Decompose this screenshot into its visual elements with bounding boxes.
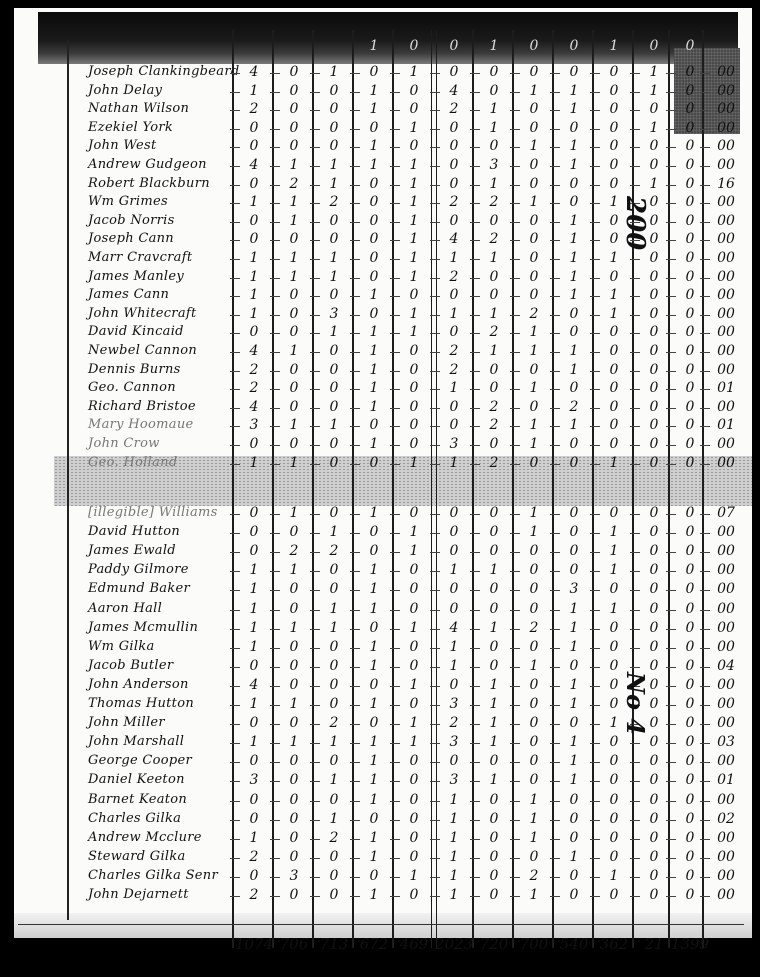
leader-dash (430, 590, 440, 591)
leader-dash (350, 629, 360, 630)
count-cell: 0 (436, 675, 472, 695)
count-cell: 0 (476, 656, 512, 676)
leader-dash (666, 371, 676, 372)
count-cell: 1 (476, 560, 512, 580)
leader-dash (630, 408, 640, 409)
count-cell: 0 (476, 378, 512, 398)
count-cell: 1 (276, 560, 312, 580)
leader-dash (390, 896, 400, 897)
count-cell: 0 (436, 62, 472, 82)
count-cell: 0 (396, 378, 432, 398)
count-cell: 1 (436, 248, 472, 268)
count-cell: 2 (436, 360, 472, 380)
leader-dash (310, 315, 320, 316)
person-name: Edmund Baker (88, 579, 248, 599)
leader-dash (350, 896, 360, 897)
count-cell: 2 (516, 866, 552, 886)
count-cell: 0 (476, 579, 512, 599)
count-cell: 0 (276, 434, 312, 454)
leader-dash (310, 667, 320, 668)
count-cell: 00 (706, 62, 746, 82)
count-cell: 0 (396, 415, 432, 435)
leader-dash (390, 552, 400, 553)
count-cell: 00 (706, 694, 746, 714)
count-cell: 2 (316, 828, 352, 848)
count-cell: 00 (706, 751, 746, 771)
leader-dash (590, 610, 600, 611)
count-cell: 0 (516, 285, 552, 305)
leader-dash (590, 426, 600, 427)
count-cell: 0 (476, 285, 512, 305)
leader-dash (510, 147, 520, 148)
leader-dash (390, 315, 400, 316)
leader-dash (630, 743, 640, 744)
count-cell: 0 (596, 503, 632, 523)
leader-dash (470, 571, 480, 572)
leader-dash (550, 820, 560, 821)
count-cell: 3 (276, 866, 312, 886)
leader-dash (666, 166, 676, 167)
count-cell: 0 (436, 415, 472, 435)
count-cell: 0 (672, 397, 708, 417)
count-cell: 1 (596, 866, 632, 886)
leader-dash (666, 73, 676, 74)
leader-dash (590, 315, 600, 316)
leader-dash (390, 839, 400, 840)
leader-dash (390, 240, 400, 241)
count-cell: 2 (476, 192, 512, 212)
count-cell: 00 (706, 522, 746, 542)
count-cell: 1 (316, 174, 352, 194)
count-cell: 2 (476, 415, 512, 435)
count-cell: 0 (636, 751, 672, 771)
count-cell: 1 (396, 118, 432, 138)
count-cell: 0 (276, 847, 312, 867)
count-cell: 0 (672, 174, 708, 194)
count-cell: 1 (316, 770, 352, 790)
ledger-row: James Mcmullin11101412100000 (0, 618, 760, 638)
leader-dash (470, 667, 480, 668)
ledger-row: John Crow00010301000000 (0, 434, 760, 454)
count-cell: 1 (276, 248, 312, 268)
count-cell: 0 (516, 541, 552, 561)
count-cell: 0 (556, 656, 592, 676)
count-cell: 0 (316, 360, 352, 380)
column-total: 706 (274, 935, 314, 953)
count-cell: 0 (316, 675, 352, 695)
count-cell: 1 (516, 885, 552, 905)
leader-dash (430, 278, 440, 279)
leader-dash (390, 203, 400, 204)
leader-dash (230, 352, 240, 353)
count-cell: 1 (596, 36, 632, 56)
leader-dash (310, 686, 320, 687)
leader-dash (390, 801, 400, 802)
leader-dash (630, 648, 640, 649)
count-cell: 01 (706, 378, 746, 398)
count-cell: 0 (556, 866, 592, 886)
leader-dash (310, 278, 320, 279)
count-cell: 0 (672, 118, 708, 138)
person-name: Daniel Keeton (88, 770, 248, 790)
leader-dash (510, 552, 520, 553)
leader-dash (430, 571, 440, 572)
leader-dash (270, 371, 280, 372)
count-cell: 0 (672, 790, 708, 810)
count-cell: 0 (476, 434, 512, 454)
leader-dash (310, 743, 320, 744)
leader-dash (510, 240, 520, 241)
count-cell: 1 (396, 155, 432, 175)
leader-dash (390, 259, 400, 260)
count-cell: 0 (672, 453, 708, 473)
leader-dash (470, 896, 480, 897)
leader-dash (550, 92, 560, 93)
leader-dash (630, 147, 640, 148)
count-cell: 0 (396, 434, 432, 454)
leader-dash (630, 552, 640, 553)
leader-dash (310, 73, 320, 74)
leader-dash (350, 110, 360, 111)
leader-dash (350, 552, 360, 553)
count-cell: 1 (316, 322, 352, 342)
leader-dash (700, 240, 710, 241)
leader-dash (230, 896, 240, 897)
count-cell: 0 (276, 304, 312, 324)
count-cell: 1 (596, 522, 632, 542)
ledger-row: Geo. Cannon20010101000001 (0, 378, 760, 398)
leader-dash (510, 185, 520, 186)
leader-dash (510, 743, 520, 744)
count-cell: 1 (356, 656, 392, 676)
count-cell: 0 (516, 694, 552, 714)
person-name: Jacob Butler (88, 656, 248, 676)
count-cell: 0 (356, 248, 392, 268)
leader-dash (430, 858, 440, 859)
count-cell: 3 (436, 732, 472, 752)
leader-dash (590, 278, 600, 279)
count-cell: 07 (706, 503, 746, 523)
leader-dash (550, 743, 560, 744)
count-cell: 0 (356, 809, 392, 829)
leader-dash (666, 877, 676, 878)
count-cell: 3 (436, 434, 472, 454)
leader-dash (550, 222, 560, 223)
count-cell: 00 (706, 434, 746, 454)
person-name: John West (88, 136, 248, 156)
count-cell: 0 (356, 229, 392, 249)
ledger-row: John Whitecraft10301112010000 (0, 304, 760, 324)
count-cell: 1 (276, 192, 312, 212)
count-cell: 1 (396, 453, 432, 473)
leader-dash (666, 110, 676, 111)
person-name: Thomas Hutton (88, 694, 248, 714)
leader-dash (270, 408, 280, 409)
leader-dash (590, 552, 600, 553)
count-cell: 3 (236, 770, 272, 790)
count-cell: 0 (316, 790, 352, 810)
leader-dash (310, 110, 320, 111)
count-cell: 00 (706, 618, 746, 638)
leader-dash (550, 464, 560, 465)
leader-dash (630, 514, 640, 515)
leader-dash (390, 464, 400, 465)
count-cell: 0 (636, 599, 672, 619)
count-cell: 0 (636, 809, 672, 829)
leader-dash (700, 296, 710, 297)
leader-dash (666, 445, 676, 446)
count-cell: 0 (316, 885, 352, 905)
page-number-note: 200 (620, 196, 650, 250)
count-cell: 00 (706, 560, 746, 580)
person-name: John Dejarnett (88, 885, 248, 905)
count-cell: 0 (276, 599, 312, 619)
count-cell: 0 (516, 99, 552, 119)
column-total: 1399 (670, 935, 710, 953)
leader-dash (310, 129, 320, 130)
count-cell: 00 (706, 229, 746, 249)
count-cell: 0 (672, 732, 708, 752)
count-cell: 00 (706, 453, 746, 473)
leader-dash (630, 166, 640, 167)
count-cell: 1 (596, 541, 632, 561)
leader-dash (666, 92, 676, 93)
count-cell: 4 (236, 155, 272, 175)
leader-dash (630, 858, 640, 859)
person-name: Steward Gilka (88, 847, 248, 867)
count-cell: 1 (436, 560, 472, 580)
count-cell: 2 (436, 341, 472, 361)
leader-dash (510, 858, 520, 859)
ledger-row: Mary Hoomaue31100021100001 (0, 415, 760, 435)
count-cell: 0 (356, 192, 392, 212)
leader-dash (590, 92, 600, 93)
count-cell: 2 (276, 174, 312, 194)
count-cell: 1 (356, 360, 392, 380)
leader-dash (230, 514, 240, 515)
count-cell: 1 (596, 599, 632, 619)
count-cell: 0 (276, 397, 312, 417)
leader-dash (390, 877, 400, 878)
count-cell: 1 (556, 99, 592, 119)
leader-dash (590, 259, 600, 260)
count-cell: 1 (596, 453, 632, 473)
person-name: Paddy Gilmore (88, 560, 248, 580)
leader-dash (270, 222, 280, 223)
count-cell: 0 (672, 267, 708, 287)
count-cell: 0 (556, 503, 592, 523)
count-cell: 2 (236, 885, 272, 905)
leader-dash (550, 724, 560, 725)
person-name: Barnet Keaton (88, 790, 248, 810)
count-cell: 0 (276, 790, 312, 810)
leader-dash (390, 705, 400, 706)
leader-dash (666, 426, 676, 427)
leader-dash (430, 129, 440, 130)
count-cell: 0 (636, 732, 672, 752)
leader-dash (350, 296, 360, 297)
leader-dash (700, 166, 710, 167)
count-cell: 0 (356, 675, 392, 695)
leader-dash (470, 333, 480, 334)
count-cell: 0 (356, 118, 392, 138)
person-name: Wm Grimes (88, 192, 248, 212)
count-cell: 1 (396, 304, 432, 324)
count-cell: 0 (316, 81, 352, 101)
ledger-row: Wm Gilka10010100100000 (0, 637, 760, 657)
leader-dash (430, 610, 440, 611)
leader-dash (350, 371, 360, 372)
count-cell: 1 (476, 36, 512, 56)
count-cell: 0 (556, 118, 592, 138)
count-cell: 1 (236, 304, 272, 324)
leader-dash (430, 464, 440, 465)
leader-dash (390, 533, 400, 534)
leader-dash (590, 296, 600, 297)
leader-dash (230, 820, 240, 821)
leader-dash (310, 333, 320, 334)
count-cell: 1 (356, 694, 392, 714)
count-cell: 1 (556, 599, 592, 619)
leader-dash (230, 858, 240, 859)
leader-dash (590, 705, 600, 706)
count-cell: 0 (436, 503, 472, 523)
leader-dash (470, 92, 480, 93)
leader-dash (430, 648, 440, 649)
count-cell: 00 (706, 675, 746, 695)
count-cell: 0 (236, 522, 272, 542)
leader-dash (550, 610, 560, 611)
count-cell: 00 (706, 847, 746, 867)
count-cell: 0 (636, 790, 672, 810)
count-cell: 0 (236, 809, 272, 829)
leader-dash (230, 222, 240, 223)
leader-dash (550, 629, 560, 630)
leader-dash (550, 389, 560, 390)
count-cell: 0 (636, 866, 672, 886)
leader-dash (630, 296, 640, 297)
leader-dash (700, 315, 710, 316)
leader-dash (270, 445, 280, 446)
leader-dash (230, 801, 240, 802)
count-cell: 0 (636, 453, 672, 473)
count-cell: 1 (396, 174, 432, 194)
leader-dash (350, 877, 360, 878)
count-cell: 1 (396, 522, 432, 542)
leader-dash (470, 185, 480, 186)
leader-dash (510, 724, 520, 725)
count-cell: 0 (356, 62, 392, 82)
leader-dash (666, 296, 676, 297)
leader-dash (590, 371, 600, 372)
leader-dash (390, 781, 400, 782)
leader-dash (270, 110, 280, 111)
count-cell: 0 (476, 360, 512, 380)
leader-dash (700, 686, 710, 687)
count-cell: 0 (596, 885, 632, 905)
count-cell: 0 (596, 732, 632, 752)
leader-dash (590, 514, 600, 515)
leader-dash (430, 426, 440, 427)
person-name: Aaron Hall (88, 599, 248, 619)
leader-dash (270, 389, 280, 390)
count-cell: 1 (516, 378, 552, 398)
leader-dash (350, 389, 360, 390)
leader-dash (550, 278, 560, 279)
leader-dash (700, 371, 710, 372)
leader-dash (700, 464, 710, 465)
count-cell: 1 (636, 62, 672, 82)
count-cell: 1 (236, 618, 272, 638)
count-cell: 1 (556, 248, 592, 268)
leader-dash (630, 315, 640, 316)
leader-dash (230, 92, 240, 93)
count-cell: 0 (236, 866, 272, 886)
leader-dash (666, 629, 676, 630)
count-cell: 0 (436, 541, 472, 561)
leader-dash (350, 686, 360, 687)
count-cell: 1 (516, 790, 552, 810)
leader-dash (310, 464, 320, 465)
count-cell: 0 (516, 751, 552, 771)
leader-dash (470, 762, 480, 763)
count-cell: 2 (436, 192, 472, 212)
leader-dash (590, 858, 600, 859)
ledger-row: Andrew Mcclure10210101000000 (0, 828, 760, 848)
leader-dash (550, 667, 560, 668)
count-cell: 0 (316, 378, 352, 398)
count-cell: 1 (396, 713, 432, 733)
leader-dash (666, 464, 676, 465)
count-cell: 0 (356, 541, 392, 561)
count-cell: 1 (556, 341, 592, 361)
count-cell: 0 (316, 751, 352, 771)
count-cell: 0 (596, 770, 632, 790)
count-cell: 0 (316, 229, 352, 249)
leader-dash (470, 278, 480, 279)
leader-dash (390, 296, 400, 297)
leader-dash (230, 571, 240, 572)
count-cell: 0 (516, 579, 552, 599)
leader-dash (230, 73, 240, 74)
leader-dash (270, 820, 280, 821)
count-cell: 0 (476, 136, 512, 156)
leader-dash (430, 629, 440, 630)
leader-dash (470, 371, 480, 372)
count-cell: 0 (672, 81, 708, 101)
leader-dash (390, 762, 400, 763)
count-cell: 1 (556, 267, 592, 287)
leader-dash (666, 648, 676, 649)
count-cell: 0 (356, 866, 392, 886)
count-cell: 1 (476, 694, 512, 714)
leader-dash (430, 352, 440, 353)
count-cell: 1 (556, 136, 592, 156)
count-cell: 0 (556, 790, 592, 810)
count-cell: 1 (236, 285, 272, 305)
count-cell: 0 (636, 285, 672, 305)
count-cell: 1 (476, 99, 512, 119)
leader-dash (470, 839, 480, 840)
count-cell: 4 (236, 675, 272, 695)
count-cell: 00 (706, 304, 746, 324)
count-cell: 1 (356, 732, 392, 752)
count-cell: 0 (476, 599, 512, 619)
count-cell: 0 (236, 118, 272, 138)
count-cell: 1 (436, 790, 472, 810)
count-cell: 0 (356, 304, 392, 324)
count-cell: 1 (316, 618, 352, 638)
